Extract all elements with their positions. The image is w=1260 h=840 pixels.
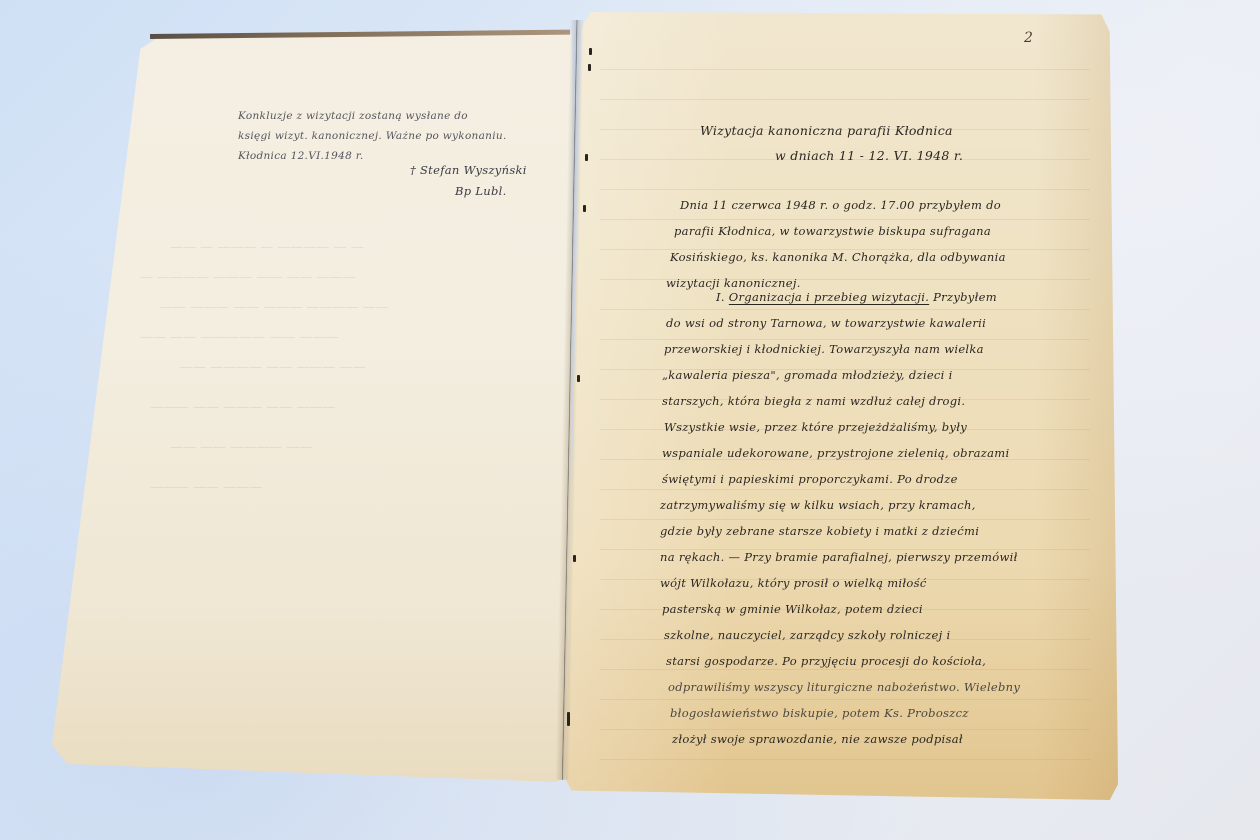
body-line-12: pasterską w gminie Wilkołaz, potem dziec… xyxy=(662,602,923,616)
page-number: 2 xyxy=(1024,30,1033,46)
body-line-13: szkolne, nauczyciel, zarządcy szkoły rol… xyxy=(664,628,950,642)
body-line-10: na rękach. — Przy bramie parafialnej, pi… xyxy=(660,550,1018,564)
body-line-4: starszych, która biegła z nami wzdłuż ca… xyxy=(662,394,965,408)
body-line-2: przeworskiej i kłodnickiej. Towarzyszyła… xyxy=(664,342,984,356)
left-note-line-3: Kłodnica 12.VI.1948 r. xyxy=(238,150,364,162)
body-line-15: odprawiliśmy wszyscy liturgiczne nabożeń… xyxy=(668,680,1020,694)
section-first-line-rest: Przybyłem xyxy=(933,290,997,304)
body-line-7: świętymi i papieskimi proporczykami. Po … xyxy=(662,472,958,486)
heading-line-2: w dniach 11 - 12. VI. 1948 r. xyxy=(775,148,963,163)
body-line-16: błogosławieństwo biskupie, potem Ks. Pro… xyxy=(670,706,969,720)
body-line-6: wspaniale udekorowane, przystrojone ziel… xyxy=(662,446,1009,460)
intro-line-2: parafii Kłodnica, w towarzystwie biskupa… xyxy=(674,224,991,238)
body-line-14: starsi gospodarze. Po przyjęciu procesji… xyxy=(666,654,986,668)
intro-line-1: Dnia 11 czerwca 1948 r. o godz. 17.00 pr… xyxy=(680,198,1001,212)
section-heading: I. Organizacja i przebieg wizytacji. Prz… xyxy=(716,290,997,304)
left-note-line-1: Konkluzje z wizytacji zostaną wysłane do xyxy=(238,110,468,122)
body-line-5: Wszystkie wsie, przez które przejeżdżali… xyxy=(664,420,967,434)
body-line-17: złożył swoje sprawozdanie, nie zawsze po… xyxy=(672,732,963,746)
body-line-11: wójt Wilkołazu, który prosił o wielką mi… xyxy=(660,576,927,590)
body-line-8: zatrzymywaliśmy się w kilku wsiach, przy… xyxy=(660,498,976,512)
signature-name: † Stefan Wyszyński xyxy=(410,163,527,177)
body-line-3: „kawaleria pieszа", gromada młodzieży, d… xyxy=(662,368,953,382)
body-line-1: do wsi od strony Tarnowa, w towarzystwie… xyxy=(666,316,986,330)
section-number: I. xyxy=(716,290,725,304)
intro-line-3: Kosińskiego, ks. kanonika M. Chorążka, d… xyxy=(670,250,1006,264)
intro-line-4: wizytacji kanonicznej. xyxy=(666,276,801,290)
body-line-9: gdzie były zebrane starsze kobiety i mat… xyxy=(660,524,979,538)
section-title: Organizacja i przebieg wizytacji. xyxy=(729,290,929,304)
signature-title: Bp Lubl. xyxy=(455,184,507,198)
left-note-line-2: księgi wizyt. kanonicznej. Ważne po wyko… xyxy=(238,130,507,142)
heading-line-1: Wizytacja kanoniczna parafii Kłodnica xyxy=(700,123,953,138)
